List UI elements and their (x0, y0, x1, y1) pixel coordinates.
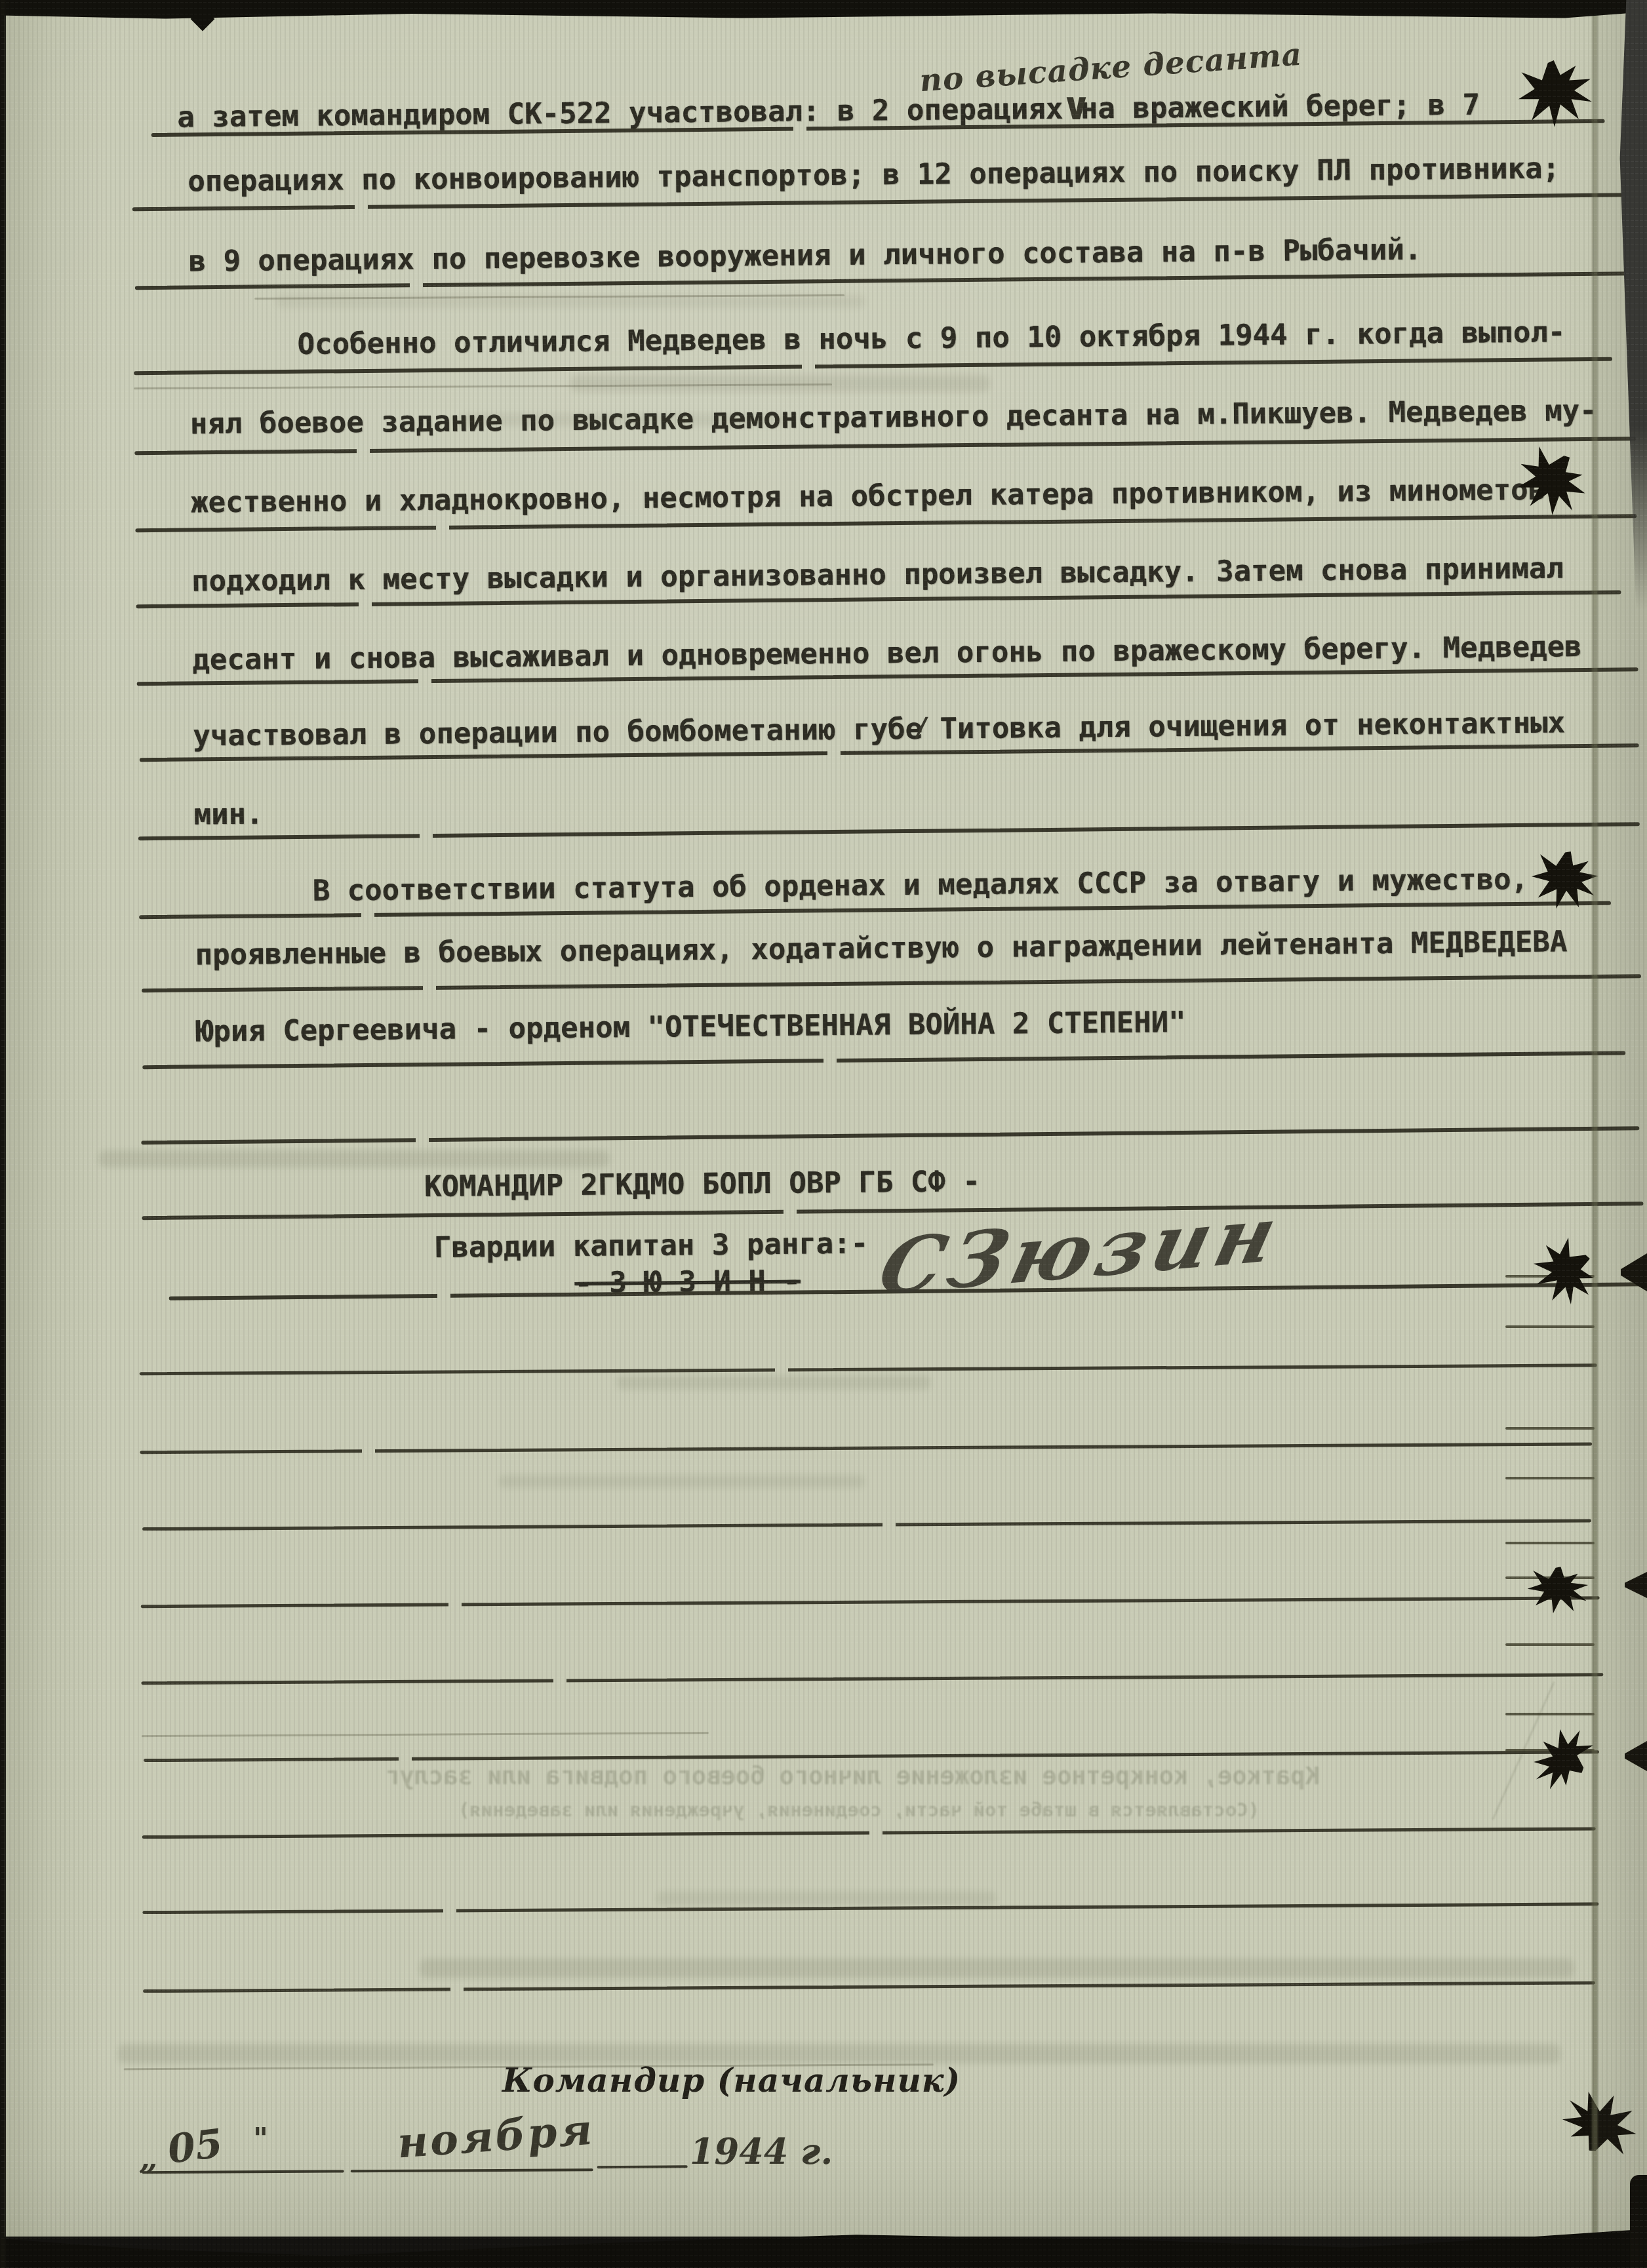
bleed-smudge (459, 413, 787, 426)
commander-rank-line: Гвардии капитан 3 ранга:- (434, 1230, 869, 1262)
typed-text-layer: КОМАНДИР 2ГКДМО БОПЛ ОВР ГБ СФ - Гвардии… (0, 0, 1647, 2268)
typed-underline (134, 437, 1636, 455)
scan-edge-bottom-right (1630, 2175, 1647, 2268)
edge-rule-stub (1505, 1427, 1595, 1430)
typed-underline (138, 822, 1640, 840)
edge-rule-stub (1505, 1325, 1595, 1328)
typed-line: в 9 операциях по перевозке вооружения и … (188, 235, 1421, 276)
edge-rule-stub (1505, 1542, 1595, 1544)
typed-underline (142, 1051, 1625, 1070)
bleed-smudge (275, 295, 865, 308)
typed-line: десант и снова высаживал и одновременно … (192, 633, 1582, 675)
bleed-smudge (656, 1891, 997, 1906)
bleed-smudge (118, 2044, 1560, 2063)
bleedthrough-line: (Составляется в штабе той части, соедине… (282, 1799, 1436, 1821)
commander-unit-line: КОМАНДИР 2ГКДМО БОПЛ ОВР ГБ СФ - (424, 1167, 980, 1202)
scan-edge-left (0, 0, 6, 2268)
bleed-smudge (420, 1959, 1574, 1978)
close-quote: " (253, 2122, 268, 2156)
bleed-smudge (498, 1475, 865, 1488)
typed-line: участвовал в операции по бомбометанию гу… (193, 709, 1565, 751)
handwritten-day: 05 (165, 2121, 225, 2173)
open-quote: „ (139, 2138, 158, 2177)
page-fold-line (1592, 0, 1598, 2268)
year-label: 1944 г. (690, 2130, 833, 2172)
typed-line: проявленные в боевых операциях, ходатайс… (195, 928, 1567, 969)
bleedthrough-line: Краткое, конкретное изложение личного бо… (197, 1762, 1508, 1790)
typed-underline (141, 1126, 1639, 1144)
typed-line: жественно и хладнокровно, несмотря на об… (191, 475, 1563, 517)
bleed-smudge (616, 1375, 931, 1390)
correction-mark: ∕ (917, 712, 926, 743)
closing-title: Командир (начальник) (502, 2061, 961, 2100)
typed-line: нял боевое задание по высадке демонстрат… (190, 397, 1597, 439)
typed-line: операциях по конвоированию транспортов; … (188, 154, 1560, 196)
edge-rule-stub (1505, 1713, 1595, 1715)
typed-line: Особенно отличился Медведев в ночь с 9 п… (298, 318, 1566, 359)
edge-rule-stub (1505, 1643, 1595, 1646)
typed-underline (142, 974, 1641, 992)
typed-underline (142, 1202, 1643, 1220)
bleed-smudge (98, 1150, 610, 1167)
typed-line: Юрия Сергеевича - орденом "ОТЕЧЕСТВЕННАЯ… (196, 1008, 1186, 1046)
insert-caret-mark: ∨ (1061, 84, 1092, 128)
bleed-smudge (570, 375, 990, 392)
edge-rule-stub (1505, 1477, 1595, 1479)
typed-line: подходил к месту высадки и организованно… (191, 554, 1564, 596)
typed-line: мин. (193, 800, 263, 829)
typed-line: В соответствии статута об орденах и меда… (313, 865, 1529, 906)
scanned-document-page: КОМАНДИР 2ГКДМО БОПЛ ОВР ГБ СФ - Гвардии… (0, 0, 1647, 2268)
